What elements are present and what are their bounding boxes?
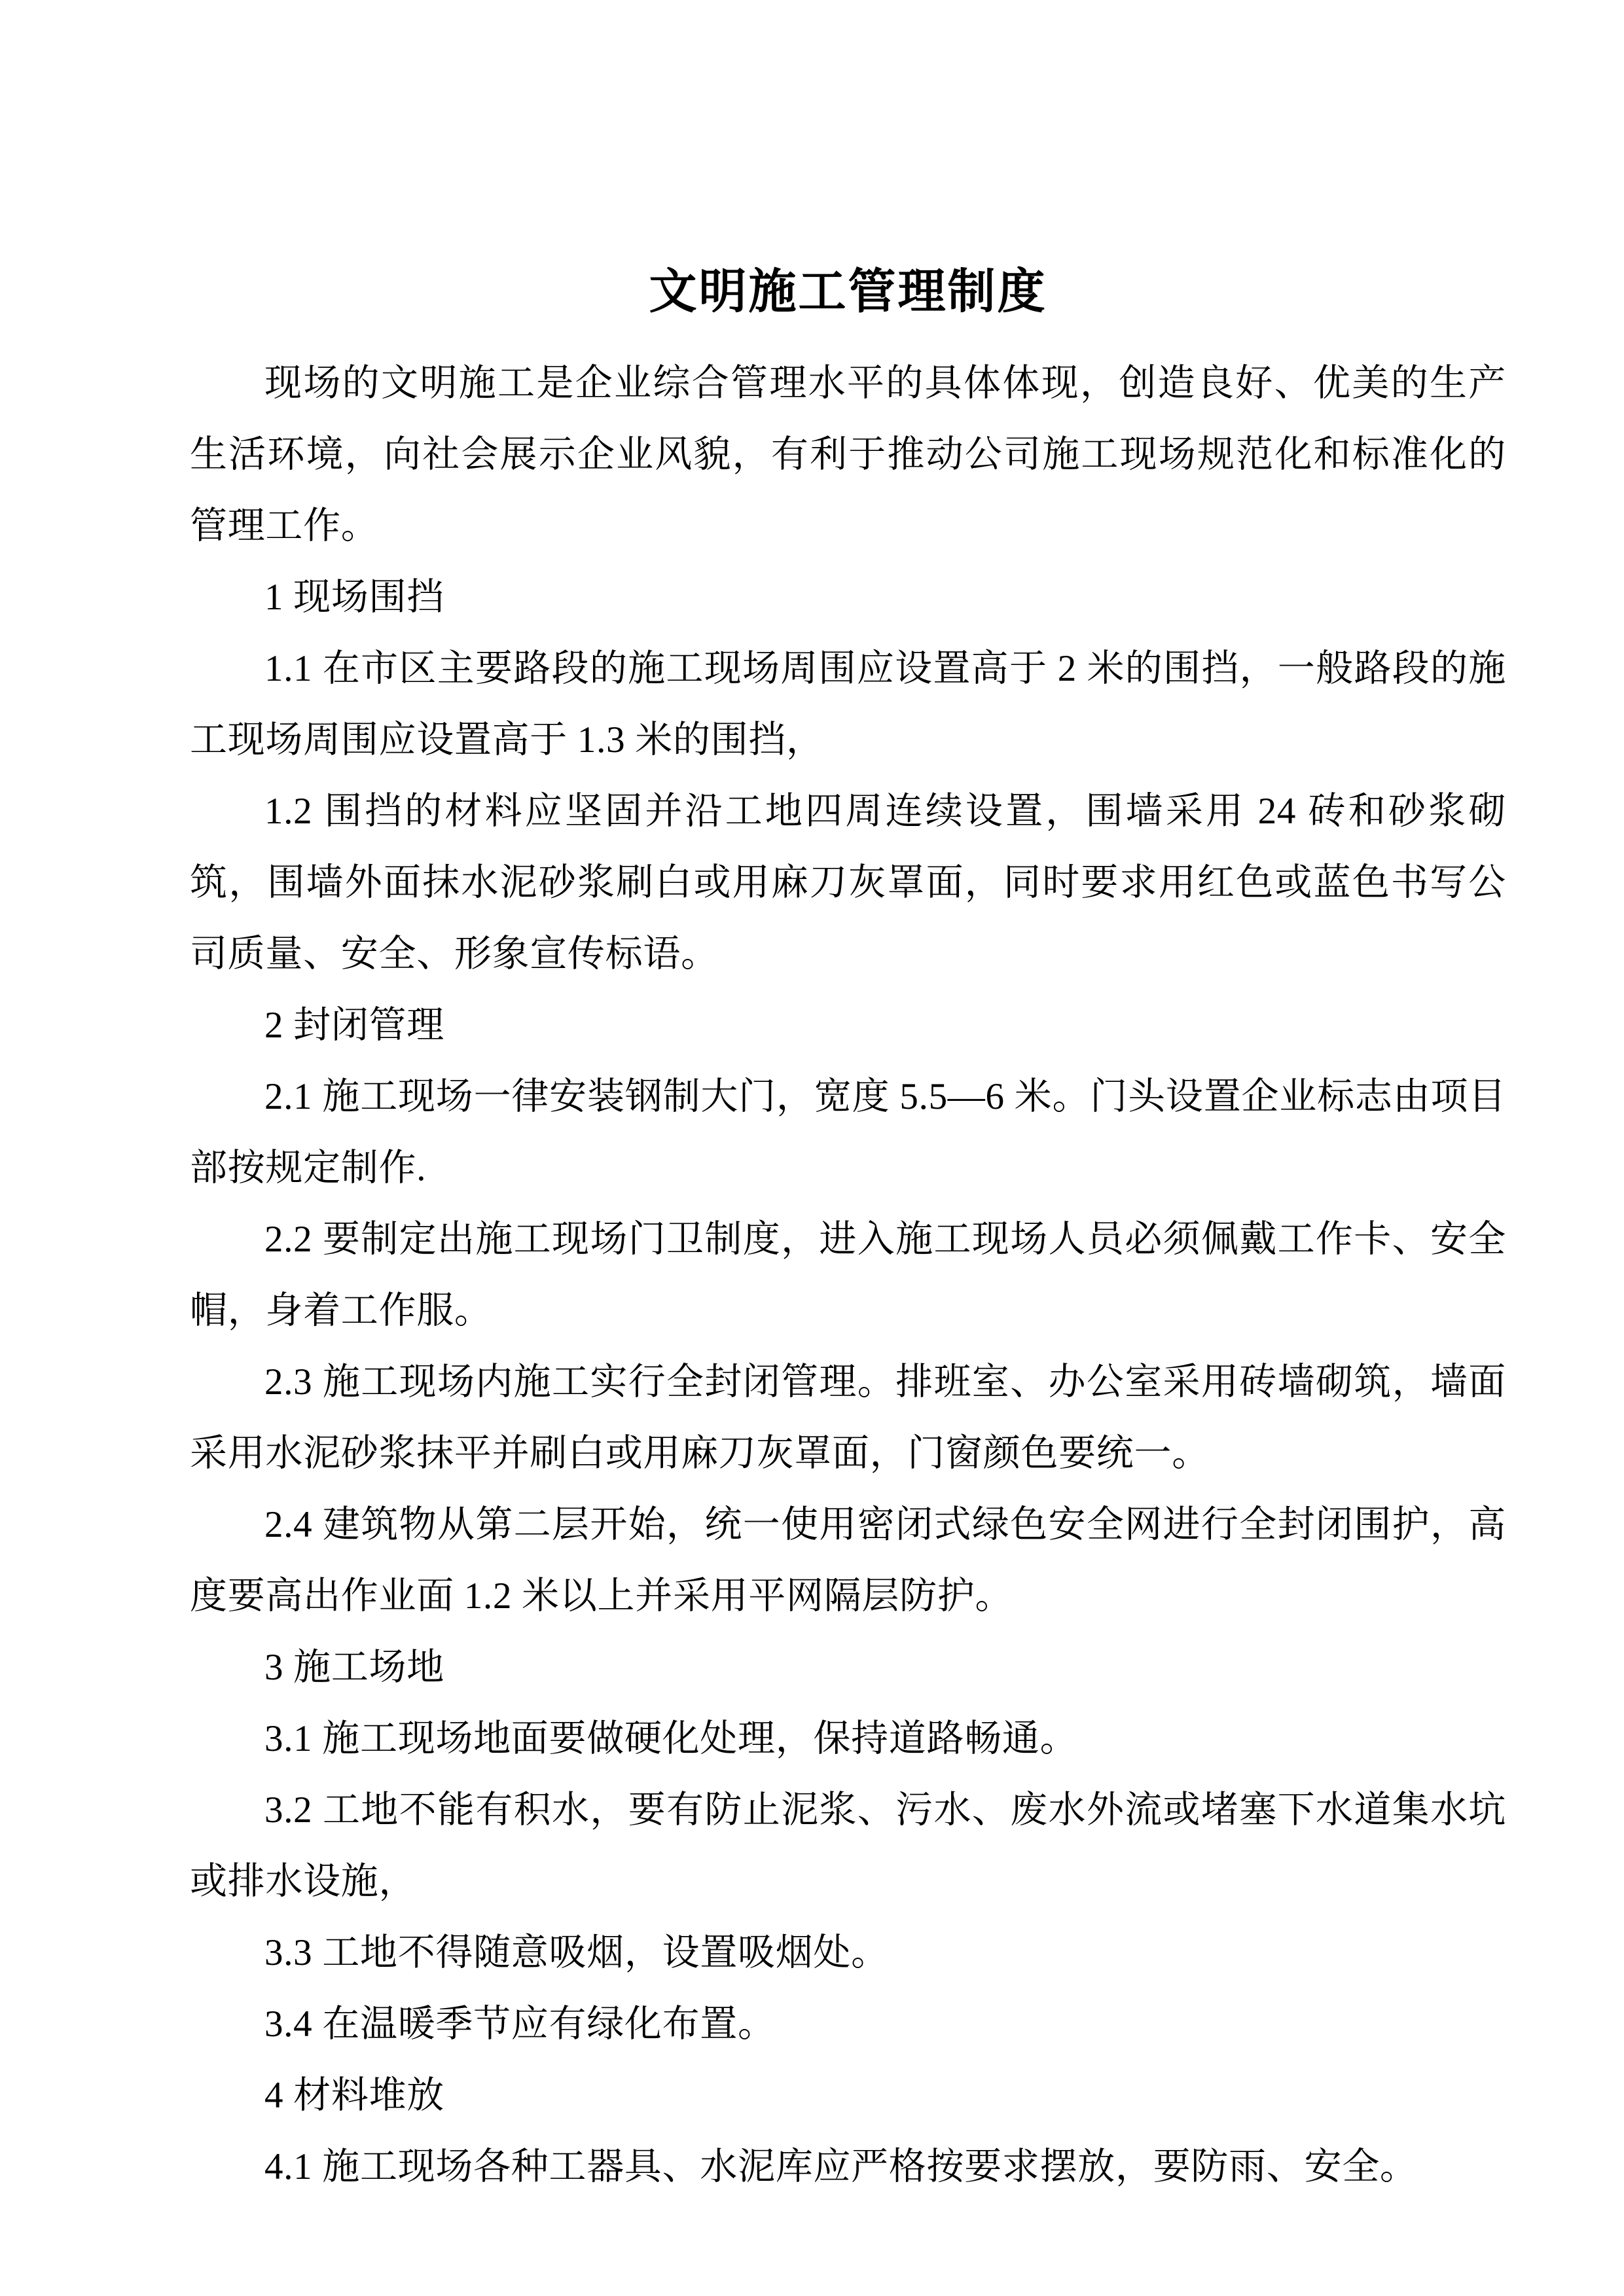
page-title: 文明施工管理制度 <box>190 263 1506 321</box>
paragraph: 3.4 在温暖季节应有绿化布置。 <box>190 1988 1506 2060</box>
paragraph: 4.1 施工现场各种工器具、水泥库应严格按要求摆放，要防雨、安全。 <box>190 2131 1506 2202</box>
paragraph: 4 材料堆放 <box>190 2060 1506 2131</box>
paragraph: 2.4 建筑物从第二层开始，统一使用密闭式绿色安全网进行全封闭围护，高度要高出作… <box>190 1489 1506 1632</box>
paragraph: 3.2 工地不能有积水，要有防止泥浆、污水、废水外流或堵塞下水道集水坑或排水设施… <box>190 1774 1506 1917</box>
document-body: 现场的文明施工是企业综合管理水平的具体体现，创造良好、优美的生产生活环境，向社会… <box>190 348 1506 2202</box>
paragraph: 3.1 施工现场地面要做硬化处理，保持道路畅通。 <box>190 1703 1506 1774</box>
paragraph: 1 现场围挡 <box>190 562 1506 633</box>
paragraph: 2.3 施工现场内施工实行全封闭管理。排班室、办公室采用砖墙砌筑，墙面采用水泥砂… <box>190 1346 1506 1489</box>
paragraph: 1.1 在市区主要路段的施工现场周围应设置高于 2 米的围挡，一般路段的施工现场… <box>190 633 1506 776</box>
paragraph: 3.3 工地不得随意吸烟，设置吸烟处。 <box>190 1917 1506 1988</box>
paragraph: 3 施工场地 <box>190 1632 1506 1703</box>
paragraph: 1.2 围挡的材料应坚固并沿工地四周连续设置，围墙采用 24 砖和砂浆砌筑，围墙… <box>190 776 1506 990</box>
paragraph: 2.2 要制定出施工现场门卫制度，进入施工现场人员必须佩戴工作卡、安全帽，身着工… <box>190 1204 1506 1346</box>
paragraph: 2 封闭管理 <box>190 990 1506 1061</box>
paragraph: 现场的文明施工是企业综合管理水平的具体体现，创造良好、优美的生产生活环境，向社会… <box>190 348 1506 562</box>
paragraph: 2.1 施工现场一律安装钢制大门，宽度 5.5—6 米。门头设置企业标志由项目部… <box>190 1061 1506 1204</box>
document-page: 文明施工管理制度 现场的文明施工是企业综合管理水平的具体体现，创造良好、优美的生… <box>0 0 1624 2296</box>
